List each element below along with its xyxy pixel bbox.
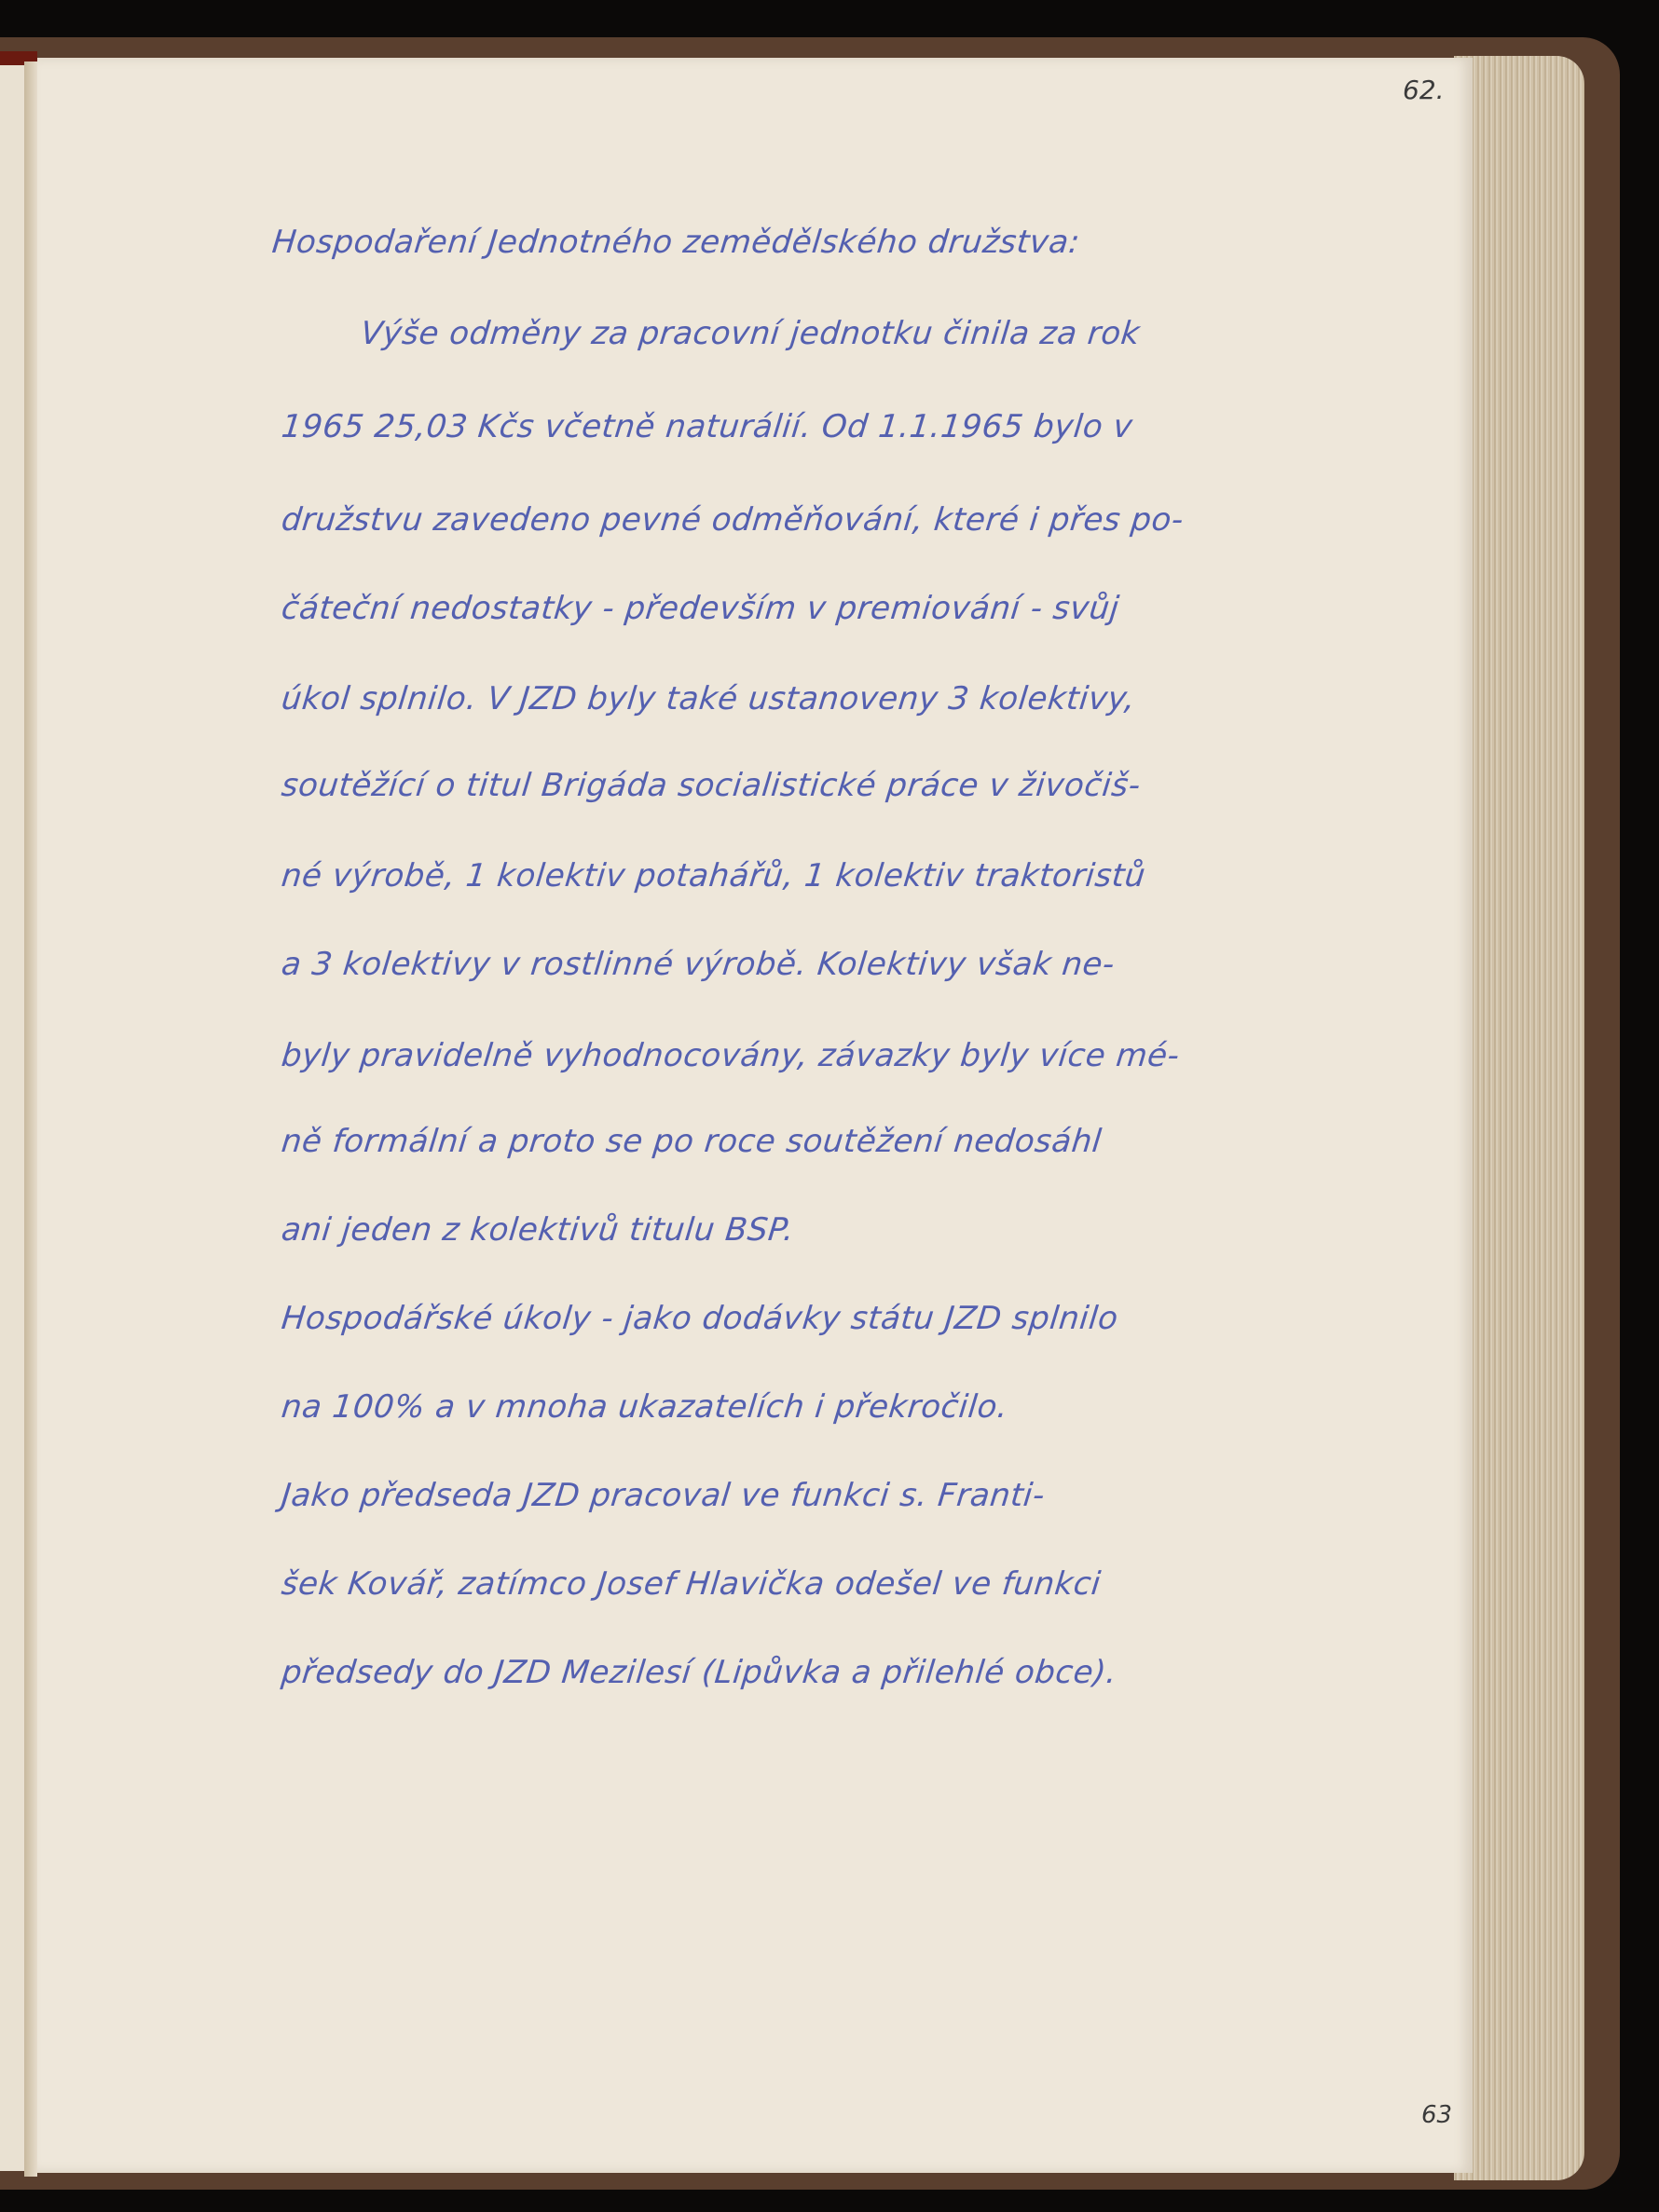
text-line: Hospodářské úkoly - jako dodávky státu J… (280, 1300, 1120, 1337)
text-line: na 100% a v mnoha ukazatelích i překroči… (280, 1388, 1009, 1426)
text-line: šek Kovář, zatímco Josef Hlavička odešel… (280, 1565, 1103, 1603)
text-line: čáteční nedostatky - především v premiov… (280, 590, 1121, 627)
page-edges (1454, 56, 1584, 2180)
text-line: Jako předseda JZD pracoval ve funkci s. … (280, 1477, 1047, 1514)
text-line: soutěžící o titul Brigáda socialistické … (280, 767, 1143, 804)
handwritten-page (37, 58, 1473, 2173)
book-gutter (24, 61, 37, 2177)
text-line: úkol splnilo. V JZD byly také ustanoveny… (280, 680, 1137, 717)
text-line: družstvu zavedeno pevné odměňování, kter… (280, 501, 1186, 539)
left-page (0, 65, 25, 2171)
page-number-top: 62. (1403, 75, 1445, 105)
page-title: Hospodaření Jednotného zemědělského druž… (270, 224, 1082, 261)
text-line: a 3 kolektivy v rostlinné výrobě. Kolekt… (280, 946, 1117, 983)
text-line: Výše odměny za pracovní jednotku činila … (359, 315, 1142, 352)
text-line: byly pravidelně vyhodnocovány, závazky b… (280, 1037, 1182, 1074)
text-line: ně formální a proto se po roce soutěžení… (280, 1123, 1104, 1160)
text-line: né výrobě, 1 kolektiv potahářů, 1 kolekt… (280, 857, 1147, 894)
text-line: 1965 25,03 Kčs včetně naturálií. Od 1.1.… (280, 408, 1134, 445)
text-line: ani jeden z kolektivů titulu BSP. (280, 1211, 796, 1249)
text-line: předsedy do JZD Mezilesí (Lipůvka a přil… (280, 1654, 1118, 1691)
page-number-bottom: 63 (1421, 2101, 1452, 2129)
